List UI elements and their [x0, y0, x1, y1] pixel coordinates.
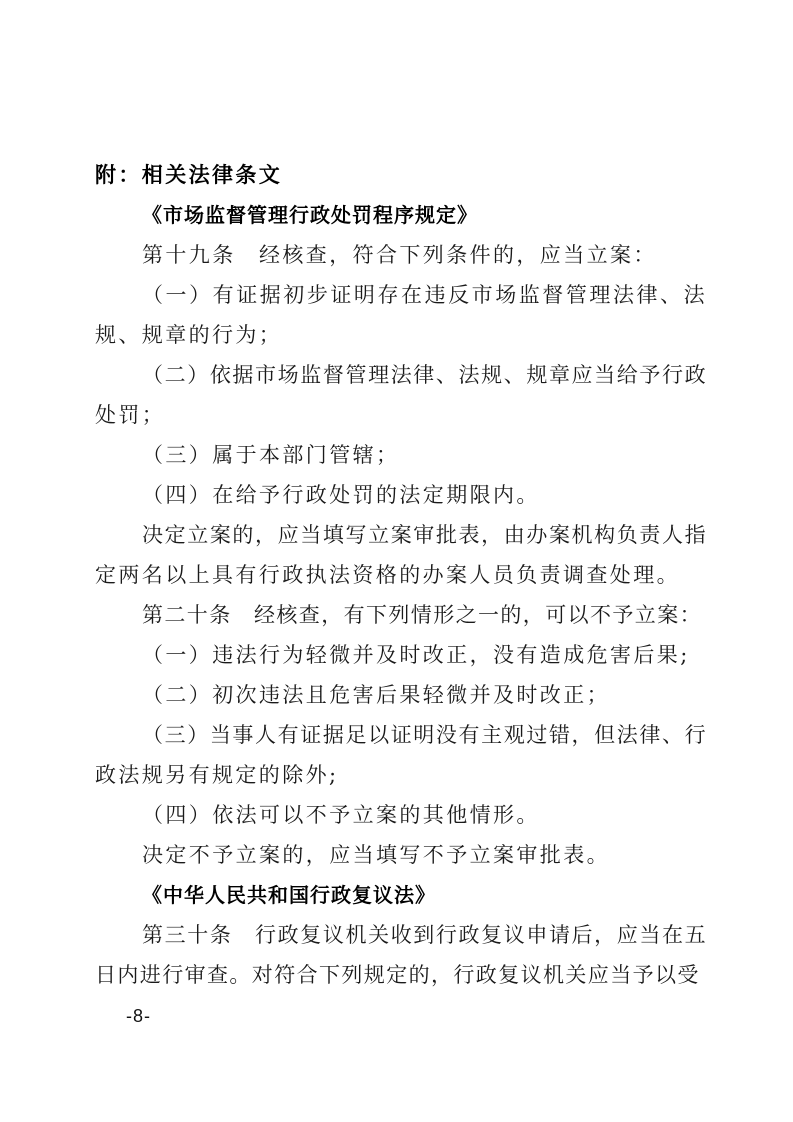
article-19-item-2-line-1: （二）依据市场监督管理法律、法规、规章应当给予行政: [95, 355, 707, 395]
document-page: 附：相关法律条文 《市场监督管理行政处罚程序规定》 第十九条 经核查，符合下列条…: [0, 0, 793, 1122]
heading-related-laws: 附：相关法律条文: [95, 155, 707, 195]
article-19-item-1-line-1: （一）有证据初步证明存在违反市场监督管理法律、法: [95, 275, 707, 315]
article-19-closing-line-1: 决定立案的，应当填写立案审批表，由办案机构负责人指: [95, 515, 707, 555]
article-19-closing-line-2: 定两名以上具有行政执法资格的办案人员负责调查处理。: [95, 555, 707, 595]
article-20-item-4: （四）依法可以不予立案的其他情形。: [95, 795, 707, 835]
article-19-item-2-line-2: 处罚；: [95, 395, 707, 435]
article-19-item-4: （四）在给予行政处罚的法定期限内。: [95, 475, 707, 515]
article-20-item-2: （二）初次违法且危害后果轻微并及时改正；: [95, 675, 707, 715]
article-20-item-3-line-2: 政法规另有规定的除外;: [95, 755, 707, 795]
page-number: -8-: [126, 1006, 151, 1027]
article-19-item-3: （三）属于本部门管辖；: [95, 435, 707, 475]
title-penalty-procedure-regulations: 《市场监督管理行政处罚程序规定》: [95, 195, 707, 235]
article-19-item-1-line-2: 规、规章的行为；: [95, 315, 707, 355]
article-19-opening: 第十九条 经核查，符合下列条件的，应当立案：: [95, 235, 707, 275]
article-20-item-1: （一）违法行为轻微并及时改正，没有造成危害后果;: [95, 635, 707, 675]
document-body: 附：相关法律条文 《市场监督管理行政处罚程序规定》 第十九条 经核查，符合下列条…: [95, 155, 707, 995]
article-20-closing: 决定不予立案的，应当填写不予立案审批表。: [95, 835, 707, 875]
article-20-item-3-line-1: （三）当事人有证据足以证明没有主观过错，但法律、行: [95, 715, 707, 755]
article-30-opening-line-1: 第三十条 行政复议机关收到行政复议申请后，应当在五: [95, 915, 707, 955]
title-administrative-reconsideration-law: 《中华人民共和国行政复议法》: [95, 875, 707, 915]
article-20-opening: 第二十条 经核查，有下列情形之一的，可以不予立案：: [95, 595, 707, 635]
article-30-opening-line-2: 日内进行审查。对符合下列规定的，行政复议机关应当予以受: [95, 955, 707, 995]
